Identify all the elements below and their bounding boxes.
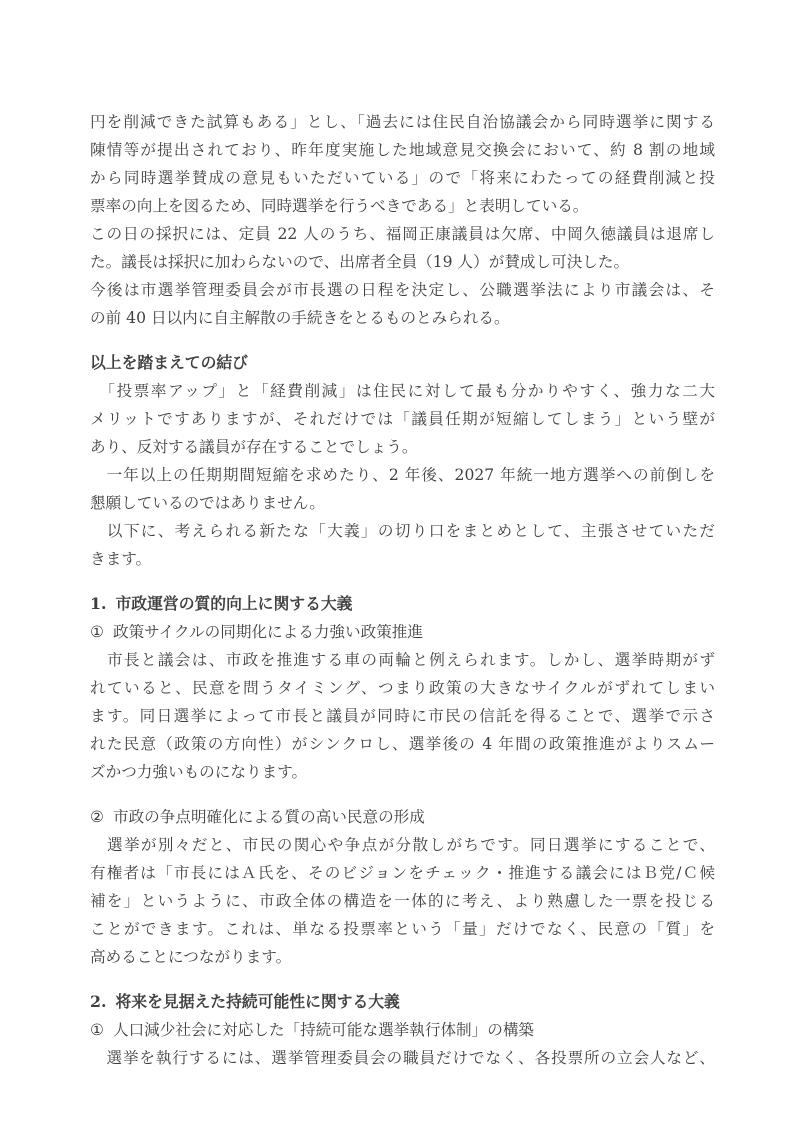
text-line: 票率の向上を図るため、同時選挙を行うべきである」と表明している。 [90,192,715,220]
conclusion-paragraph-3: 以下に、考えられる新たな「大義」の切り口をまとめとして、主張させていただきます。 [90,517,715,573]
heading-number: 1. [90,594,107,613]
text-line: 円を削減できた試算もある」とし、「過去には住民自治協議会から同時選挙に関する [90,108,715,136]
text-line: ズかつ力強いものになります。 [90,758,715,786]
document-content: 円を削減できた試算もある」とし、「過去には住民自治協議会から同時選挙に関する陳情… [90,108,715,1072]
section-1-item-2-heading: ②市政の争点明確化による質の高い民意の形成 [90,803,715,831]
section-1-item-1-paragraph: 市長と議会は、市政を推進する車の両輪と例えられます。しかし、選挙時期がずれている… [90,646,715,786]
section-1-item-2-paragraph: 選挙が別々だと、市民の関心や争点が分散しがちです。同日選挙にすることで、有権者は… [90,831,715,971]
text-line: 有権者は「市長にはＡ氏を、そのビジョンをチェック・推進する議会にはＢ党/Ｃ候 [90,859,715,887]
text-line: れた民意（政策の方向性）がシンクロし、選挙後の 4 年間の政策推進がよりスムー [90,730,715,758]
text-line: 補を」というように、市政全体の構造を一体的に考え、より熟慮した一票を投じる [90,887,715,915]
text-line: 一年以上の任期期間短縮を求めたり、2 年後、2027 年統一地方選挙への前倒しを [90,461,715,489]
section-gap [90,573,715,590]
text-line: 選挙を執行するには、選挙管理委員会の職員だけでなく、各投票所の立会人など、 [90,1044,715,1072]
text-line: の前 40 日以内に自主解散の手続きをとるものとみられる。 [90,304,715,332]
text-line: 市長と議会は、市政を推進する車の両輪と例えられます。しかし、選挙時期がず [90,646,715,674]
heading-text: 将来を見据えた持続可能性に関する大義 [116,992,400,1011]
text-line: 今後は市選挙管理委員会が市長選の日程を決定し、公職選挙法により市議会は、そ [90,276,715,304]
text-line: ます。同日選挙によって市長と議員が同時に市民の信託を得ることで、選挙で示さ [90,702,715,730]
section-gap [90,332,715,349]
text-line: 陳情等が提出されており、昨年度実施した地域意見交換会において、約 8 割の地域 [90,136,715,164]
conclusion-paragraph-1: 「投票率アップ」と「経費削減」は住民に対して最も分かりやすく、強力な二大メリット… [90,377,715,461]
text-line: 「投票率アップ」と「経費削減」は住民に対して最も分かりやすく、強力な二大 [90,377,715,405]
heading-text: 人口減少社会に対応した「持続可能な選挙執行体制」の構築 [113,1021,534,1039]
text-line: から同時選挙賛成の意見もいただいている」ので「将来にわたっての経費削減と投 [90,164,715,192]
heading-number: 2. [90,992,107,1011]
text-line: 以下に、考えられる新たな「大義」の切り口をまとめとして、主張させていただ [90,517,715,545]
heading-number: ① [90,623,104,641]
text-line: メリットですありますが、それだけでは「議員任期が短縮してしまう」という壁が [90,405,715,433]
text-line: あり、反対する議員が存在することでしょう。 [90,433,715,461]
section-2-item-1-paragraph: 選挙を執行するには、選挙管理委員会の職員だけでなく、各投票所の立会人など、 [90,1044,715,1072]
text-line: ことができます。これは、単なる投票率という「量」だけでなく、民意の「質」を [90,915,715,943]
text-line: た。議長は採択に加わらないので、出席者全員（19 人）が賛成し可決した。 [90,248,715,276]
heading-text: 市政の争点明確化による質の高い民意の形成 [113,808,425,826]
vote-result-paragraph: この日の採択には、定員 22 人のうち、福岡正康議員は欠席、中岡久徳議員は退席し… [90,220,715,276]
section-2-item-1-heading: ①人口減少社会に対応した「持続可能な選挙執行体制」の構築 [90,1016,715,1044]
text-line: 懇願しているのではありません。 [90,489,715,517]
conclusion-paragraph-2: 一年以上の任期期間短縮を求めたり、2 年後、2027 年統一地方選挙への前倒しを… [90,461,715,517]
text-line: 選挙が別々だと、市民の関心や争点が分散しがちです。同日選挙にすることで、 [90,831,715,859]
heading-number: ① [90,1021,104,1039]
document-page: 円を削減できた試算もある」とし、「過去には住民自治協議会から同時選挙に関する陳情… [0,0,800,1131]
text-line: きます。 [90,545,715,573]
conclusion-heading: 以上を踏まえての結び [90,349,715,377]
section-1-heading: 1.市政運営の質的向上に関する大義 [90,590,715,618]
text-line: 高めることにつながります。 [90,943,715,971]
section-gap [90,971,715,988]
text-line: この日の採択には、定員 22 人のうち、福岡正康議員は欠席、中岡久徳議員は退席し [90,220,715,248]
heading-number: ② [90,808,104,826]
section-2-heading: 2.将来を見据えた持続可能性に関する大義 [90,988,715,1016]
heading-text: 政策サイクルの同期化による力強い政策推進 [113,623,423,641]
section-gap [90,786,715,803]
continuation-paragraph: 円を削減できた試算もある」とし、「過去には住民自治協議会から同時選挙に関する陳情… [90,108,715,220]
heading-text: 市政運営の質的向上に関する大義 [116,594,353,613]
section-1-item-1-heading: ①政策サイクルの同期化による力強い政策推進 [90,618,715,646]
next-steps-paragraph: 今後は市選挙管理委員会が市長選の日程を決定し、公職選挙法により市議会は、その前 … [90,276,715,332]
text-line: れていると、民意を問うタイミング、つまり政策の大きなサイクルがずれてしまい [90,674,715,702]
